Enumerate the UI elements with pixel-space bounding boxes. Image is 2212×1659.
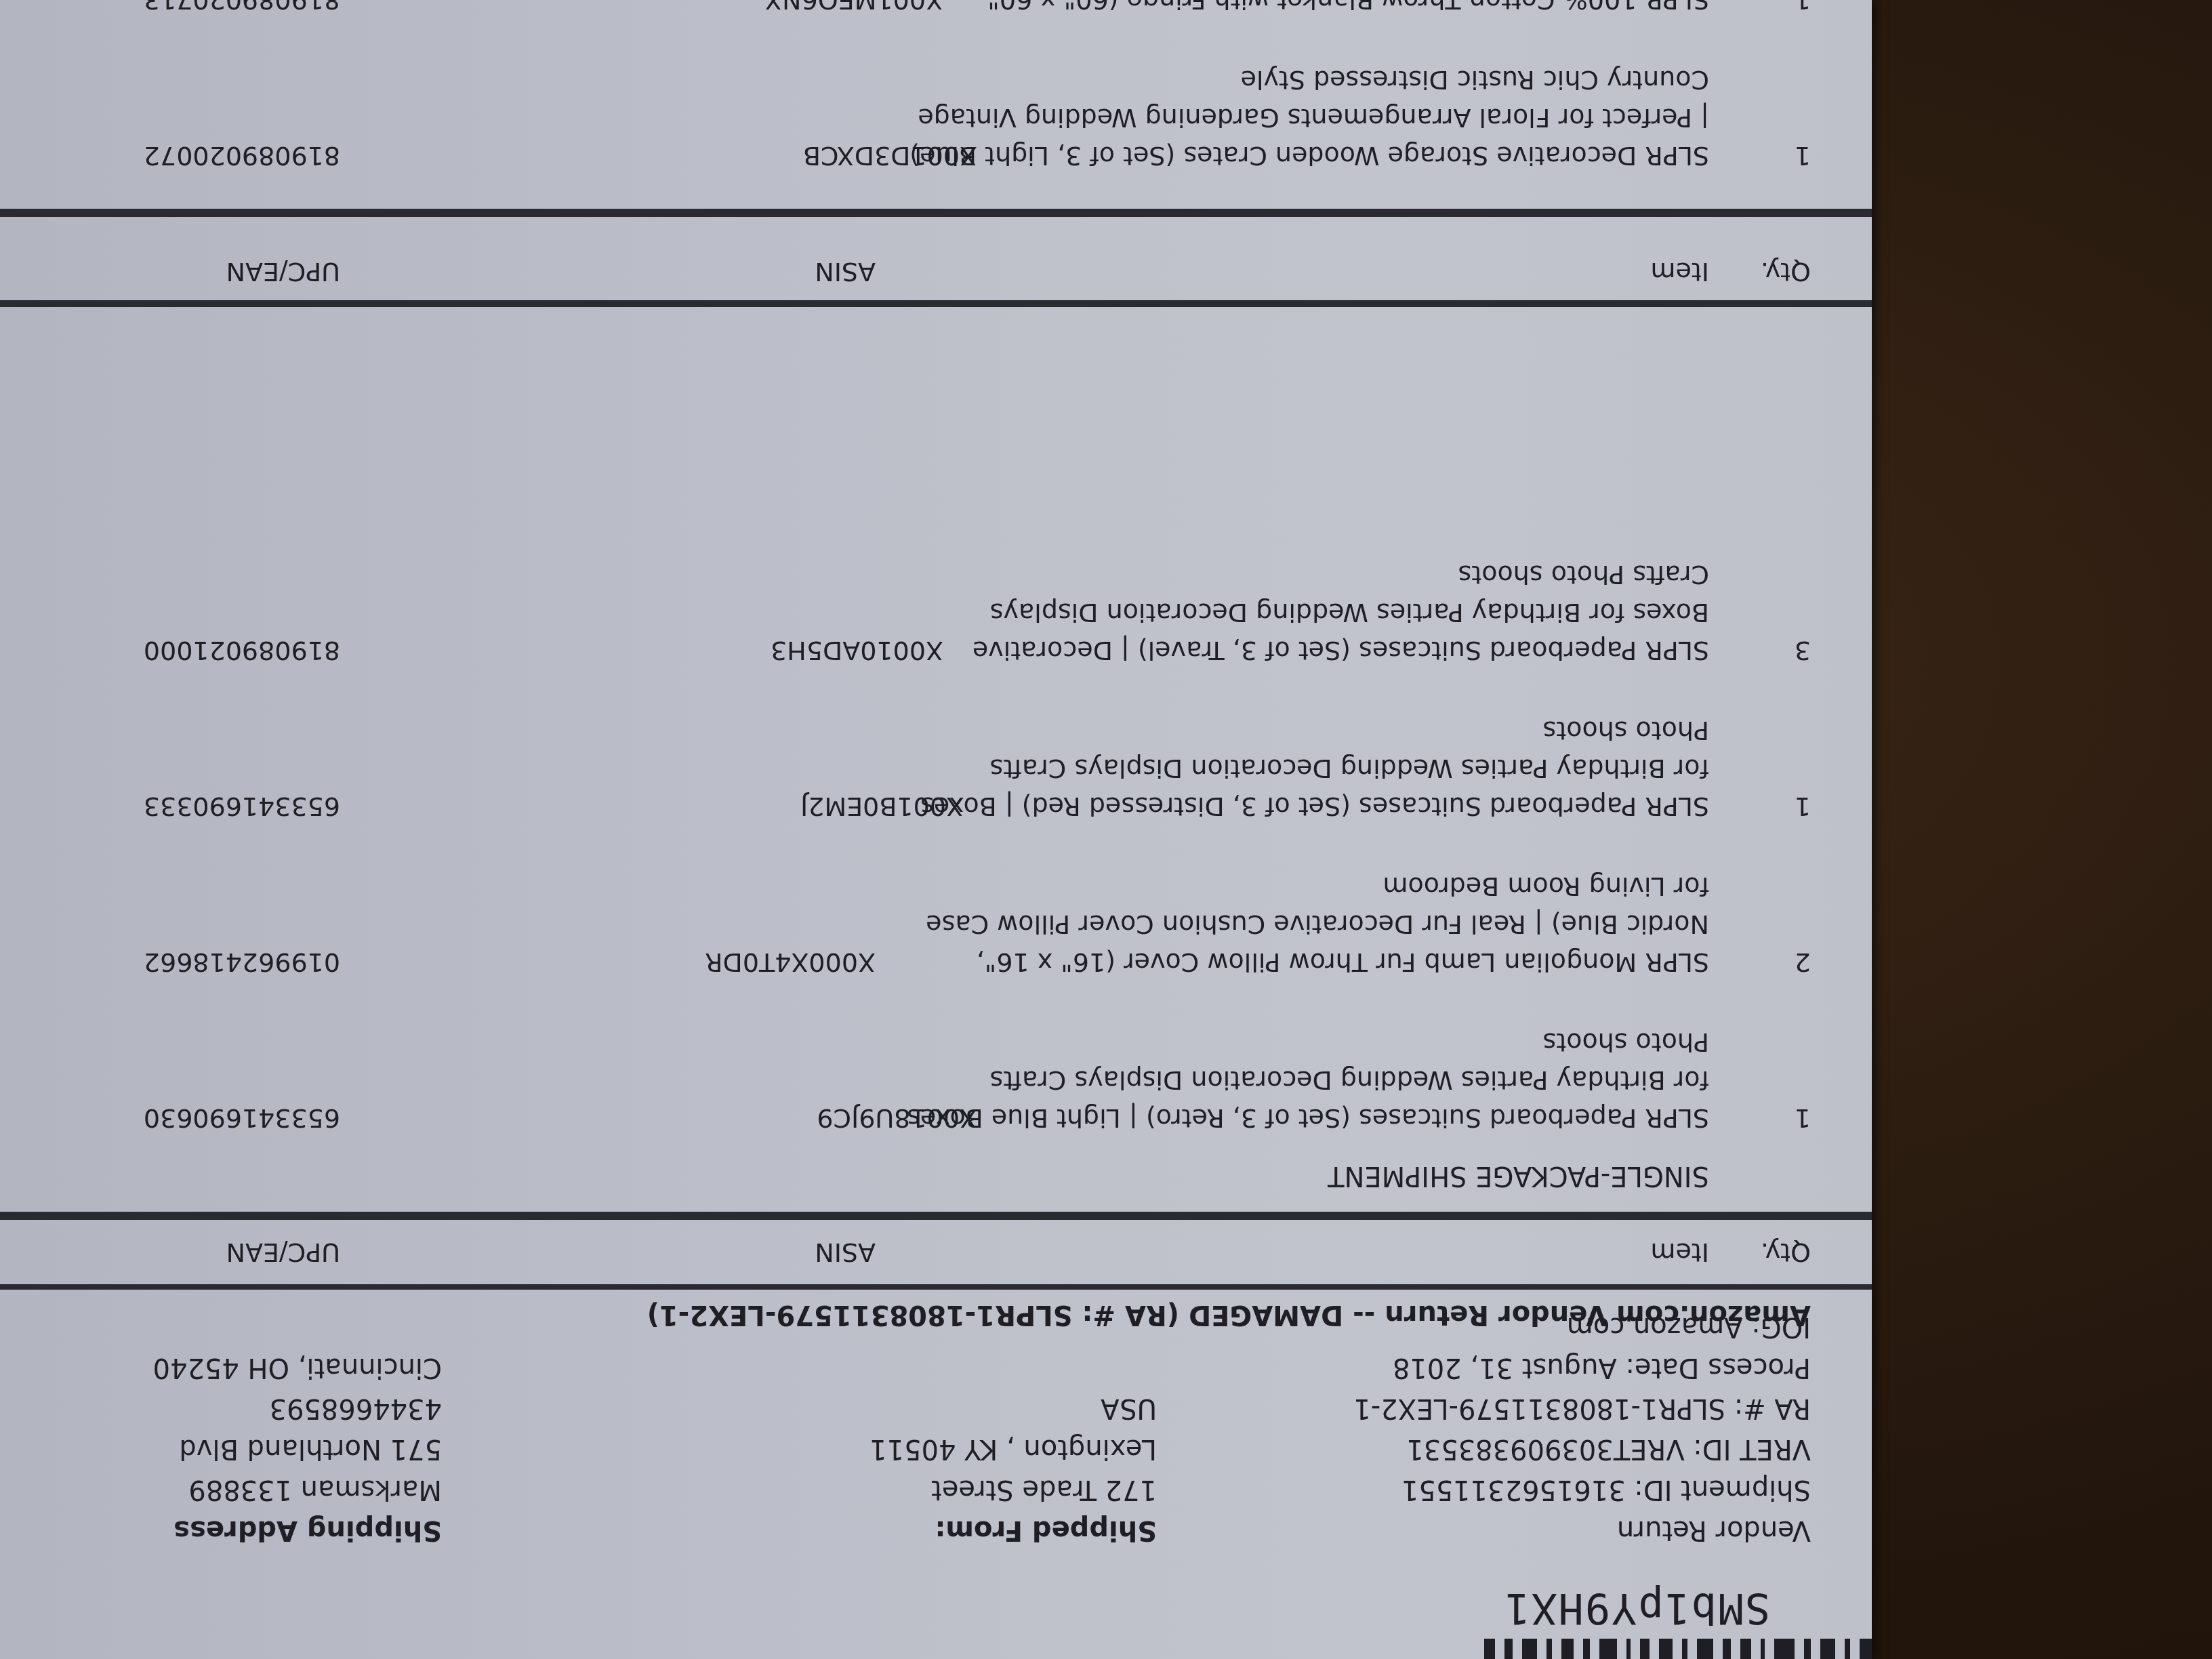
shipped-from-street: 172 Trade Street xyxy=(869,1469,1157,1510)
shipped-from-block: Shipped From: 172 Trade Street Lexington… xyxy=(869,1388,1157,1551)
divider xyxy=(0,300,1872,307)
row-upc: 019962418662 xyxy=(144,943,340,981)
row-asin: X001D3DXCB xyxy=(803,137,977,175)
vendor-return-label: Vendor Return xyxy=(1353,1510,1811,1551)
shipping-address-label: Shipping Address xyxy=(153,1510,442,1551)
vendor-info-block: Vendor Return Shipment ID: 3161562311551… xyxy=(1353,1307,1811,1551)
item-line: Photo shoots xyxy=(991,712,1709,750)
item-line: Crafts Photo shoots xyxy=(991,556,1709,594)
return-slip-paper: SMb1pY9HX1 Vendor Return Shipment ID: 31… xyxy=(0,0,1872,1659)
shipped-from-label: Shipped From: xyxy=(869,1510,1157,1551)
row-upc: 819089020072 xyxy=(144,137,340,175)
shipping-address-name: Marksman 133889 xyxy=(153,1469,442,1510)
item-line: | Perfect for Floral Arrangements Garden… xyxy=(991,99,1709,137)
col-asin: ASIN xyxy=(815,257,876,287)
item-line: Photo shoots xyxy=(991,1023,1709,1061)
process-date: Process Date: August 31, 2018 xyxy=(1353,1347,1811,1388)
item-line: for Living Room Bedroom xyxy=(991,867,1709,905)
row-item: SLPR Paperboard Suitcases (Set of 3, Dis… xyxy=(991,712,1709,825)
row-qty: 1 xyxy=(1795,137,1811,175)
vret-id: VRET ID: VRET303909383531 xyxy=(1353,1429,1811,1469)
col-item: Item xyxy=(1650,1237,1709,1267)
table-header: Qty. Item ASIN UPC/EAN xyxy=(49,246,1811,287)
shipping-address-block: Shipping Address Marksman 133889 571 Nor… xyxy=(153,1347,442,1551)
row-upc: 653341690630 xyxy=(144,1099,340,1137)
row-qty: 3 xyxy=(1795,632,1811,670)
col-upc: UPC/EAN xyxy=(226,257,341,287)
item-line: SLPR Decorative Storage Wooden Crates (S… xyxy=(991,137,1709,175)
item-line: for Birthday Parties Wedding Decoration … xyxy=(991,1061,1709,1099)
shipping-address-city: Cincinnati, OH 45240 xyxy=(153,1347,442,1388)
shipment-id: Shipment ID: 3161562311551 xyxy=(1353,1469,1811,1510)
row-item: SLPR Mongolian Lamb Fur Throw Pillow Cov… xyxy=(991,867,1709,981)
divider xyxy=(0,1212,1872,1220)
shipped-from-city: Lexington , KY 40511 xyxy=(869,1429,1157,1469)
col-upc: UPC/EAN xyxy=(226,1237,341,1267)
row-qty: 1 xyxy=(1795,0,1811,19)
row-qty: 1 xyxy=(1795,1099,1811,1137)
barcode: SMb1pY9HX1 xyxy=(1059,1557,1872,1659)
row-upc: 819089021000 xyxy=(144,632,340,670)
row-asin: X001B0EM2J xyxy=(800,787,964,825)
item-line: SLPR Paperboard Suitcases (Set of 3, Ret… xyxy=(991,1099,1709,1137)
row-upc: 819089020713 xyxy=(144,0,340,19)
row-item: SLPR Paperboard Suitcases (Set of 3, Tra… xyxy=(991,556,1709,670)
shipped-from-country: USA xyxy=(869,1388,1157,1429)
item-line: SLPR 100% Cotton Throw Blanket with Frin… xyxy=(991,0,1709,19)
row-item: SLPR Paperboard Suitcases (Set of 3, Ret… xyxy=(991,1023,1709,1137)
divider xyxy=(0,209,1872,217)
row-asin: X000X4T0DR xyxy=(705,943,876,981)
row-item: SLPR 100% Cotton Throw Blanket with Frin… xyxy=(991,0,1709,19)
document-title: Amazon.com Vendor Return -- DAMAGED (RA … xyxy=(647,1299,1811,1330)
col-item: Item xyxy=(1650,257,1709,287)
row-upc: 653341690333 xyxy=(144,787,340,825)
item-line: Boxes for Birthday Parties Wedding Decor… xyxy=(991,594,1709,632)
table-header: Qty. Item ASIN UPC/EAN xyxy=(49,1227,1811,1267)
ra-number: RA #: SLPR1-1808311579-LEX2-1 xyxy=(1353,1388,1811,1429)
item-line: SLPR Paperboard Suitcases (Set of 3, Tra… xyxy=(991,632,1709,670)
row-qty: 2 xyxy=(1795,943,1811,981)
row-qty: 1 xyxy=(1795,787,1811,825)
item-line: SLPR Mongolian Lamb Fur Throw Pillow Cov… xyxy=(991,943,1709,981)
shipping-address-street: 571 Northland Blvd xyxy=(153,1429,442,1469)
col-qty: Qty. xyxy=(1761,1237,1811,1267)
barcode-text: SMb1pY9HX1 xyxy=(1504,1584,1770,1633)
shipping-address-phone: 4344668593 xyxy=(153,1388,442,1429)
return-slip-content: SMb1pY9HX1 Vendor Return Shipment ID: 31… xyxy=(0,0,1872,1659)
section-label: SINGLE-PACKAGE SHIPMENT xyxy=(1328,1160,1709,1191)
item-line: for Birthday Parties Wedding Decoration … xyxy=(991,750,1709,787)
row-asin: X001MEQ6NX xyxy=(764,0,943,19)
item-line: Nordic Blue) | Real Fur Decorative Cushi… xyxy=(991,905,1709,943)
row-asin: X0010AD5H3 xyxy=(771,632,943,670)
item-line: SLPR Paperboard Suitcases (Set of 3, Dis… xyxy=(991,787,1709,825)
divider xyxy=(0,1284,1872,1290)
barcode-bars xyxy=(1059,1639,1872,1659)
row-asin: X0018U9JC9 xyxy=(817,1099,977,1137)
item-line: Country Chic Rustic Distressed Style xyxy=(991,61,1709,99)
col-asin: ASIN xyxy=(815,1237,876,1267)
col-qty: Qty. xyxy=(1761,257,1811,287)
row-item: SLPR Decorative Storage Wooden Crates (S… xyxy=(991,61,1709,175)
